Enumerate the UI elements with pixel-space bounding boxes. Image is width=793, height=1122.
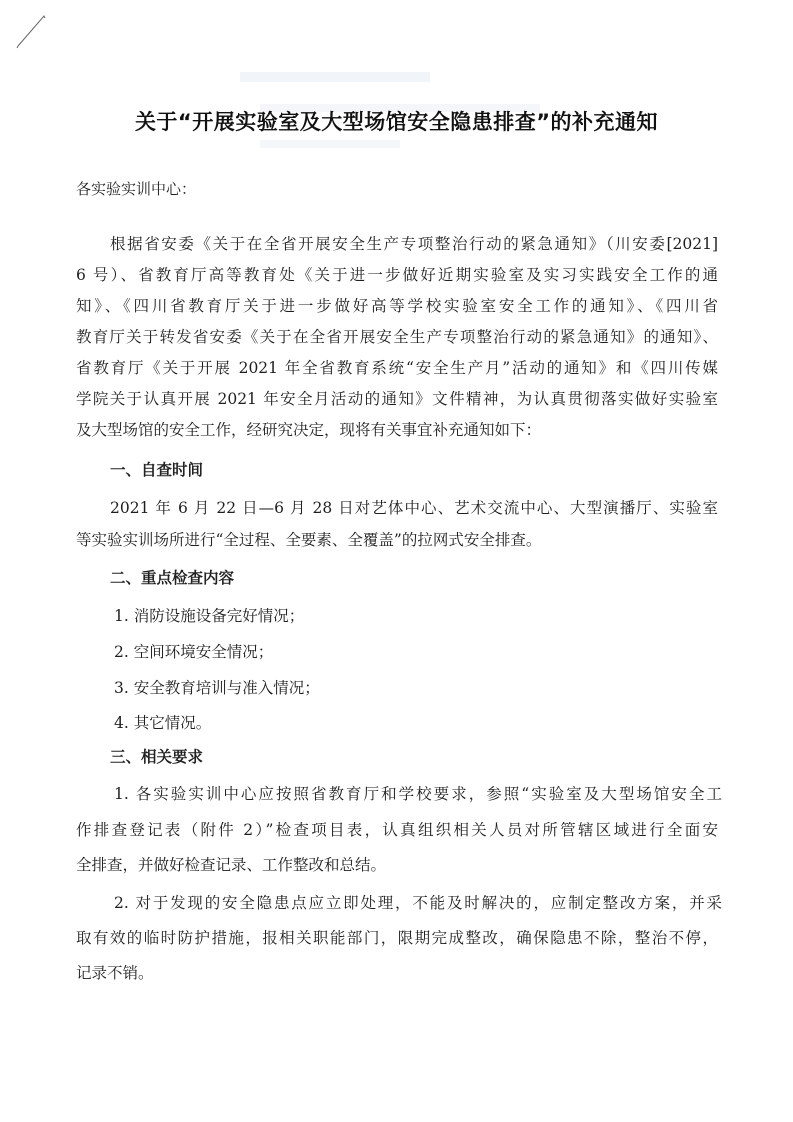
document-title: 关于“开展实验室及大型场馆安全隐患排查”的补充通知 (0, 106, 793, 136)
section-heading-self-check-time: 一、自查时间 (110, 458, 203, 480)
section-heading-key-inspection: 二、重点检查内容 (110, 566, 234, 588)
section-line: 2021 年 6 月 22 日—6 月 28 日对艺体中心、艺术交流中心、大型演… (110, 496, 718, 518)
intro-line: 学院关于认真开展 2021 年安全月活动的通知》文件精神，为认真贯彻落实做好实验… (76, 387, 718, 409)
intro-line: 根据省安委《关于在全省开展安全生产专项整治行动的紧急通知》（川安委[2021] (110, 232, 718, 254)
inspection-item: 4. 其它情况。 (114, 711, 211, 733)
requirement-line: 2. 对于发现的安全隐患点应立即处理，不能及时解决的，应制定整改方案，并采 (114, 891, 722, 913)
section-heading-requirements: 三、相关要求 (110, 745, 203, 767)
inspection-item: 3. 安全教育培训与准入情况； (114, 676, 320, 698)
inspection-item: 2. 空间环境安全情况； (114, 640, 273, 662)
salutation: 各实验实训中心： (76, 178, 196, 199)
pen-stroke-mark (14, 12, 50, 52)
intro-line: 省教育厅《关于开展 2021 年全省教育系统“安全生产月”活动的通知》和《四川传… (76, 356, 718, 378)
requirement-line: 全排查，并做好检查记录、工作整改和总结。 (76, 853, 386, 875)
document-page: 关于“开展实验室及大型场馆安全隐患排查”的补充通知 各实验实训中心： 根据省安委… (0, 0, 793, 1122)
requirement-line: 作排查登记表（附件 2）”检查项目表，认真组织相关人员对所管辖区域进行全面安 (76, 818, 718, 840)
requirement-line: 1. 各实验实训中心应按照省教育厅和学校要求，参照“实验室及大型场馆安全工 (114, 782, 722, 804)
intro-line: 6 号）、省教育厅高等教育处《关于进一步做好近期实验室及实习实践安全工作的通 (76, 263, 718, 285)
show-through-mark (240, 72, 430, 82)
intro-line: 知》、《四川省教育厅关于进一步做好高等学校实验室安全工作的通知》、《四川省 (76, 294, 718, 316)
intro-line: 教育厅关于转发省安委《关于在全省开展安全生产专项整治行动的紧急通知》的通知》、 (76, 325, 718, 347)
intro-line: 及大型场馆的安全工作，经研究决定，现将有关事宜补充通知如下： (76, 418, 541, 440)
show-through-mark (260, 140, 400, 148)
requirement-line: 记录不销。 (76, 961, 154, 983)
section-line: 等实验实训场所进行“全过程、全要素、全覆盖”的拉网式安全排查。 (76, 528, 541, 550)
inspection-item: 1. 消防设施设备完好情况； (114, 604, 304, 626)
requirement-line: 取有效的临时防护措施，报相关职能部门，限期完成整改，确保隐患不除，整治不停， (76, 926, 718, 948)
